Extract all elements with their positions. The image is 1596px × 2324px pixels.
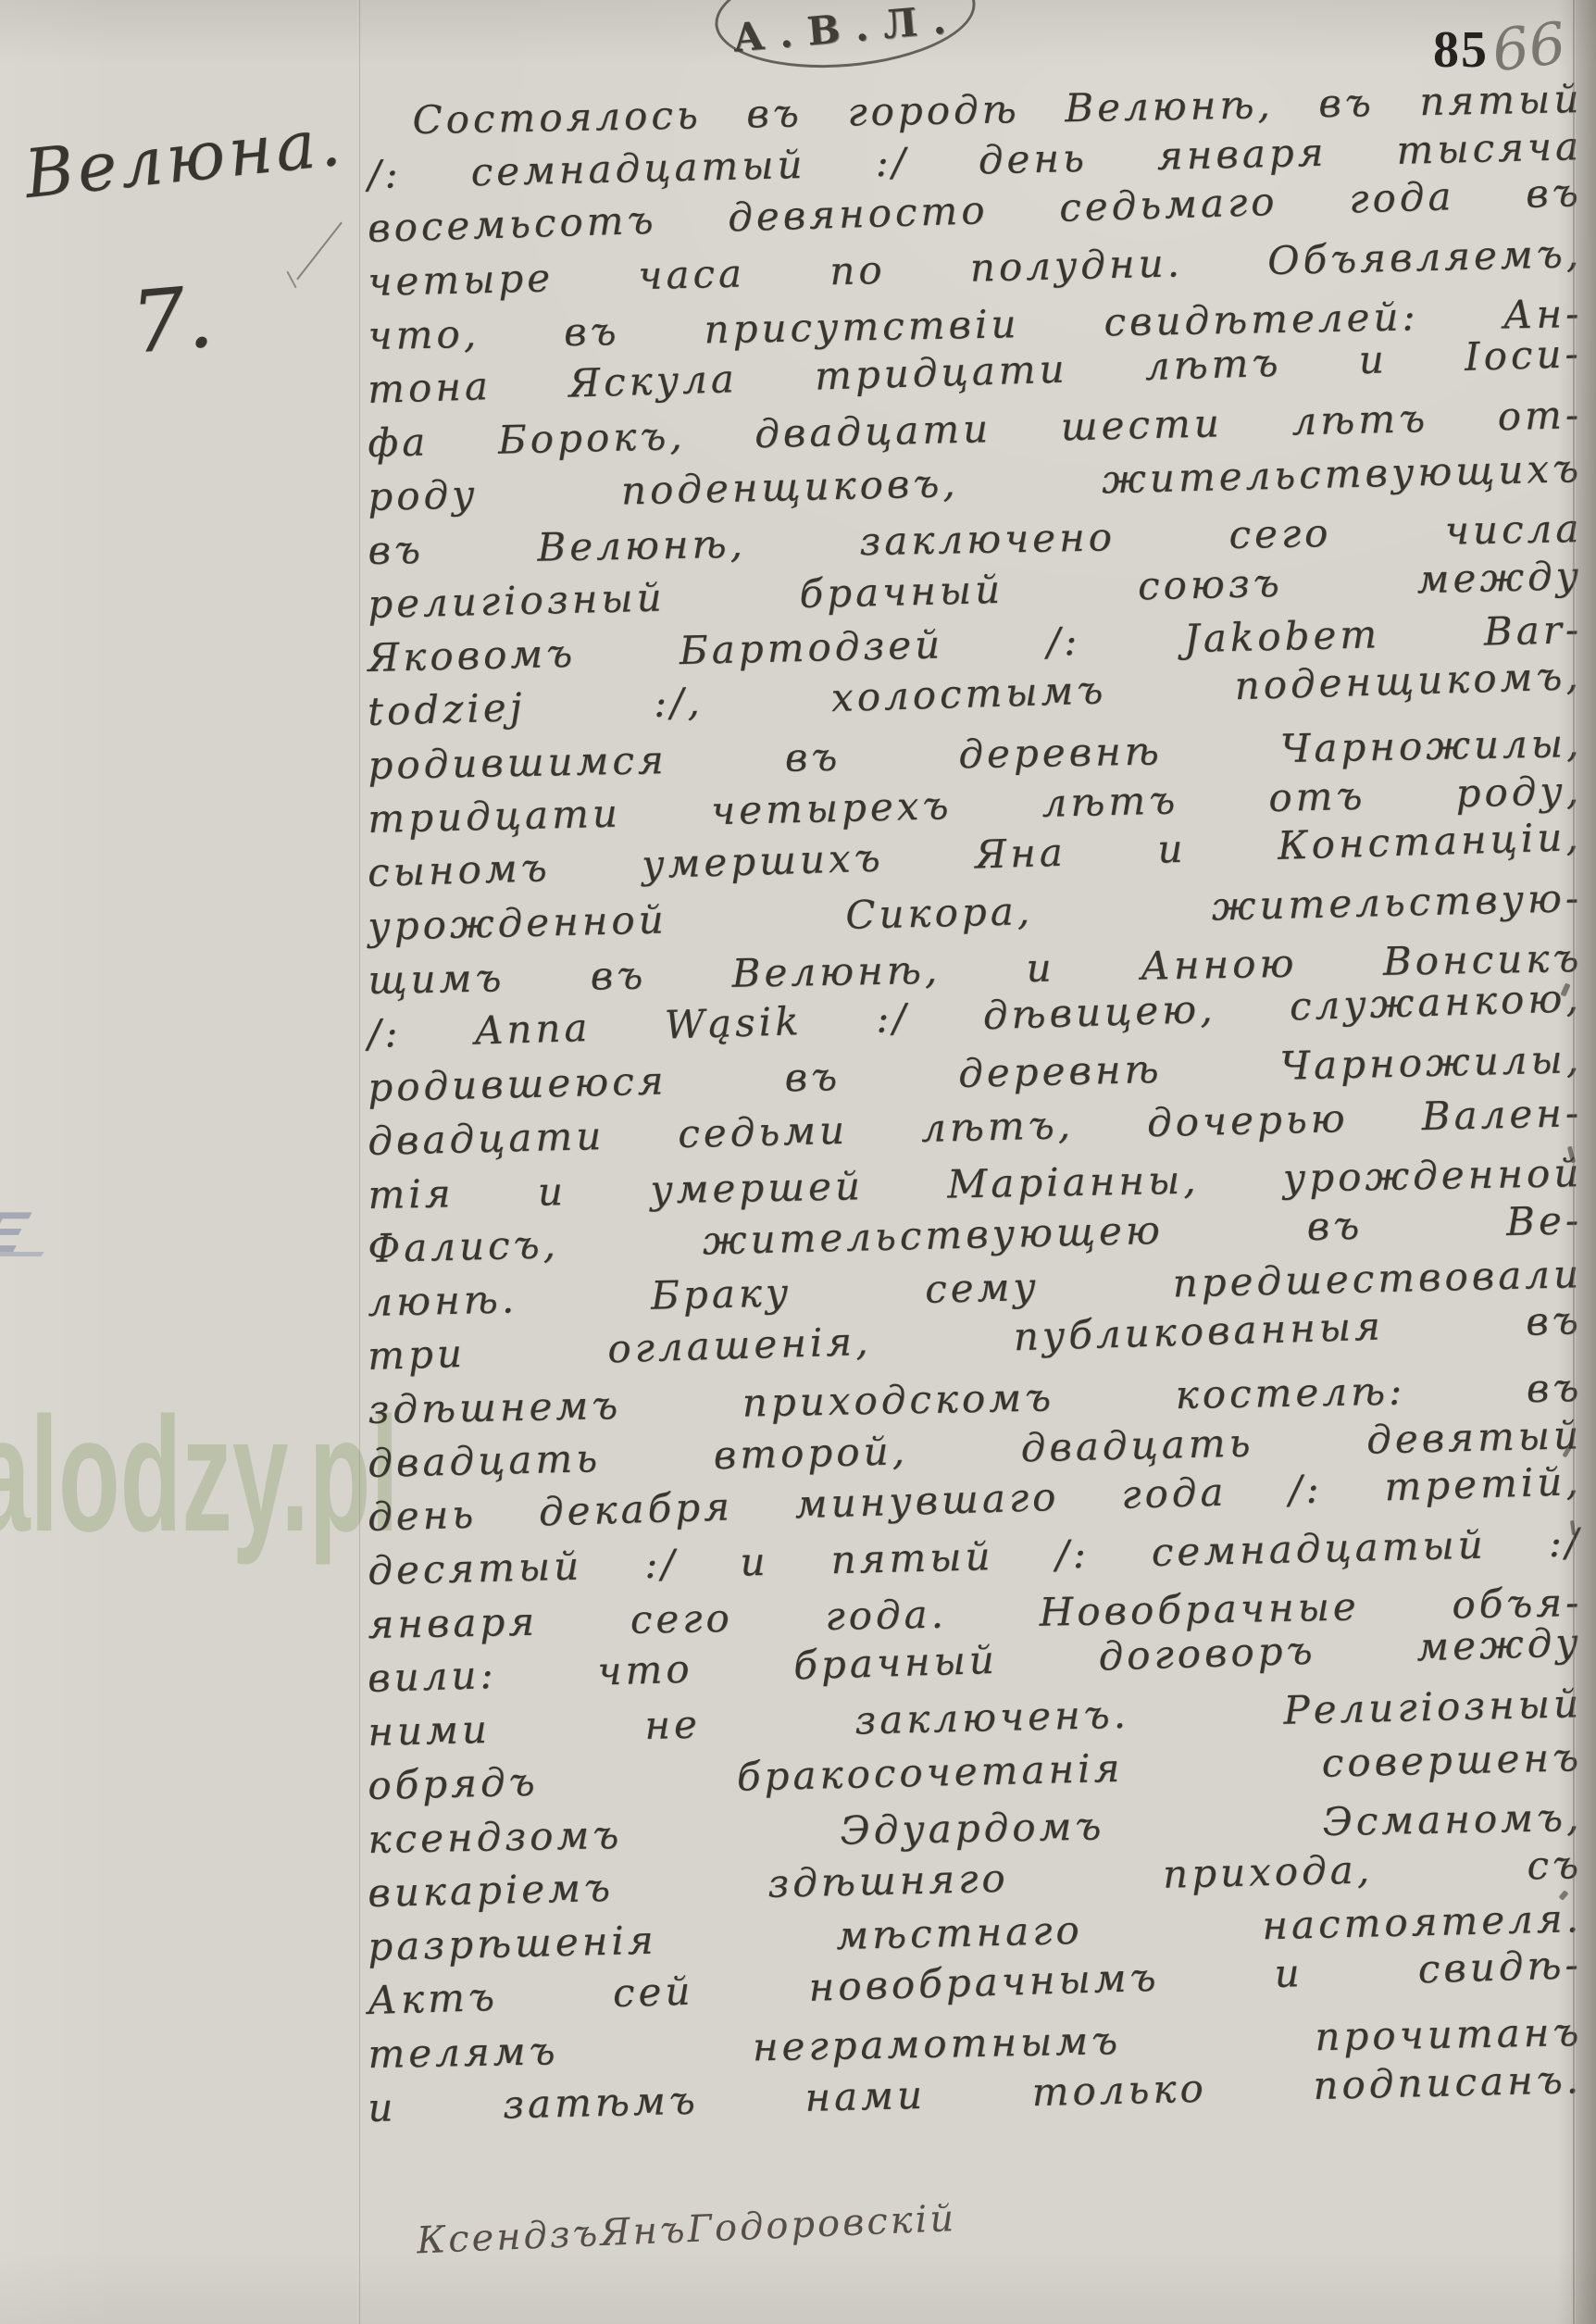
edge-logo-underline xyxy=(0,1252,44,1256)
oval-stamp: А.В.Л. xyxy=(711,0,980,78)
stamp-letters: А.В.Л. xyxy=(717,0,976,62)
document-scan-page: alodzy.pl E А.В.Л. 85 66 Велюна. 7. Сост… xyxy=(0,0,1596,2324)
margin-act-number: 7. xyxy=(128,267,218,372)
pen-stroke xyxy=(296,222,343,281)
pen-stroke-hook xyxy=(286,271,296,289)
record-text: Состоялось въ городѣ Велюнѣ, въ пятый /:… xyxy=(368,94,1583,2135)
signature-word: Янъ xyxy=(599,2208,688,2255)
watermark-text: alodzy.pl xyxy=(0,1381,399,1568)
margin-place-name: Велюна. xyxy=(21,102,352,213)
priest-signature: Ксендзъ Янъ Годоровскій xyxy=(416,2199,924,2263)
page-number-printed: 85 xyxy=(1433,20,1489,80)
signature-word: Годоровскій xyxy=(687,2197,957,2251)
margin-divider-line xyxy=(359,0,360,2324)
page-crease-shade xyxy=(1576,0,1596,2324)
signature-word: Ксендзъ xyxy=(416,2212,601,2262)
